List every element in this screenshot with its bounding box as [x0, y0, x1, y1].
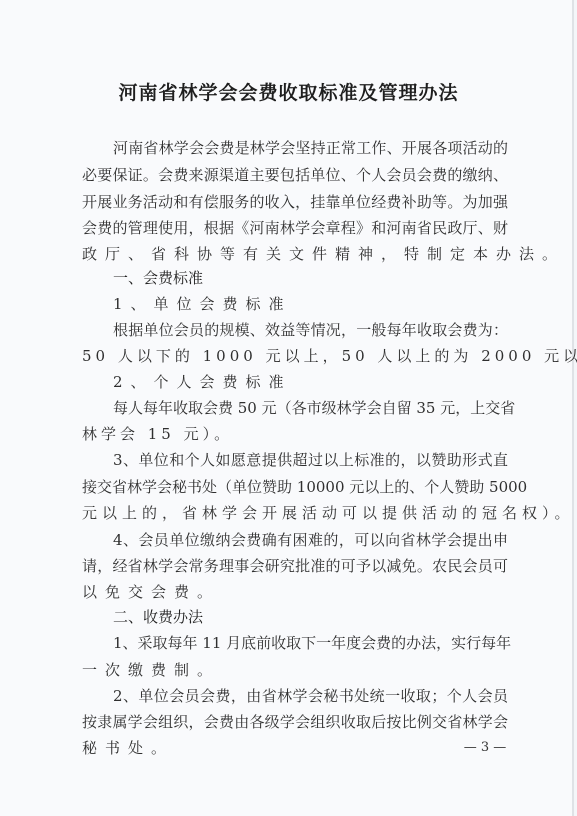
- subheading-individual-fee: 2、个人会费标准: [113, 372, 508, 392]
- sponsorship-line-3: 元以上的，省林学会开展活动可以提供活动的冠名权）。: [82, 503, 508, 523]
- intro-line-2: 必要保证。会费来源渠道主要包括单位、个人会员会费的缴纳、: [82, 165, 508, 185]
- hardship-line-3: 以免交会费。: [82, 582, 508, 602]
- collection-line-1: 1、采取每年 11 月底前收取下一年度会费的办法，实行每年: [113, 633, 508, 653]
- hardship-line-2: 请，经省林学会常务理事会研究批准的可予以减免。农民会员可: [82, 556, 508, 576]
- sponsorship-line-1: 3、单位和个人如愿意提供超过以上标准的，以赞助形式直: [113, 450, 508, 470]
- section-heading-fee-standard: 一、会费标准: [113, 268, 203, 288]
- individual-fee-line-1: 每人每年收取会费 50 元（各市级林学会自留 35 元，上交省: [113, 398, 508, 418]
- section-heading-collection-method: 二、收费办法: [113, 607, 203, 627]
- intro-line-3: 开展业务活动和有偿服务的收入，挂靠单位经费补助等。为加强: [82, 192, 508, 212]
- subheading-unit-fee: 1、单位会费标准: [113, 294, 508, 314]
- unit-fee-line-2: 50 人以下的 1000 元以上，50 人以上的为 2000 元以上。: [82, 346, 508, 366]
- page-number: — 3 —: [462, 740, 508, 755]
- intro-line-4: 会费的管理使用，根据《河南林学会章程》和河南省民政厅、财: [82, 218, 508, 238]
- collection-unit-line-2: 按隶属学会组织，会费由各级学会组织收取后按比例交省林学会: [82, 712, 508, 732]
- document-page: 河南省林学会会费收取标准及管理办法 河南省林学会会费是林学会坚持正常工作、开展各…: [0, 0, 574, 816]
- collection-unit-line-3: 秘书处。: [82, 738, 508, 758]
- sponsorship-line-2: 接交省林学会秘书处（单位赞助 10000 元以上的、个人赞助 5000: [82, 477, 508, 497]
- unit-fee-line-1: 根据单位会员的规模、效益等情况，一般每年收取会费为：: [113, 320, 508, 340]
- collection-line-2: 一次缴费制。: [82, 660, 508, 680]
- intro-line-1: 河南省林学会会费是林学会坚持正常工作、开展各项活动的: [113, 138, 508, 158]
- document-title: 河南省林学会会费收取标准及管理办法: [0, 78, 577, 105]
- collection-unit-line-1: 2、单位会员会费，由省林学会秘书处统一收取；个人会员: [113, 686, 508, 706]
- hardship-line-1: 4、会员单位缴纳会费确有困难的，可以向省林学会提出申: [113, 530, 508, 550]
- intro-line-5: 政厅、省科协等有关文件精神，特制定本办法。: [82, 244, 508, 264]
- individual-fee-line-2: 林学会 15 元）。: [82, 424, 508, 444]
